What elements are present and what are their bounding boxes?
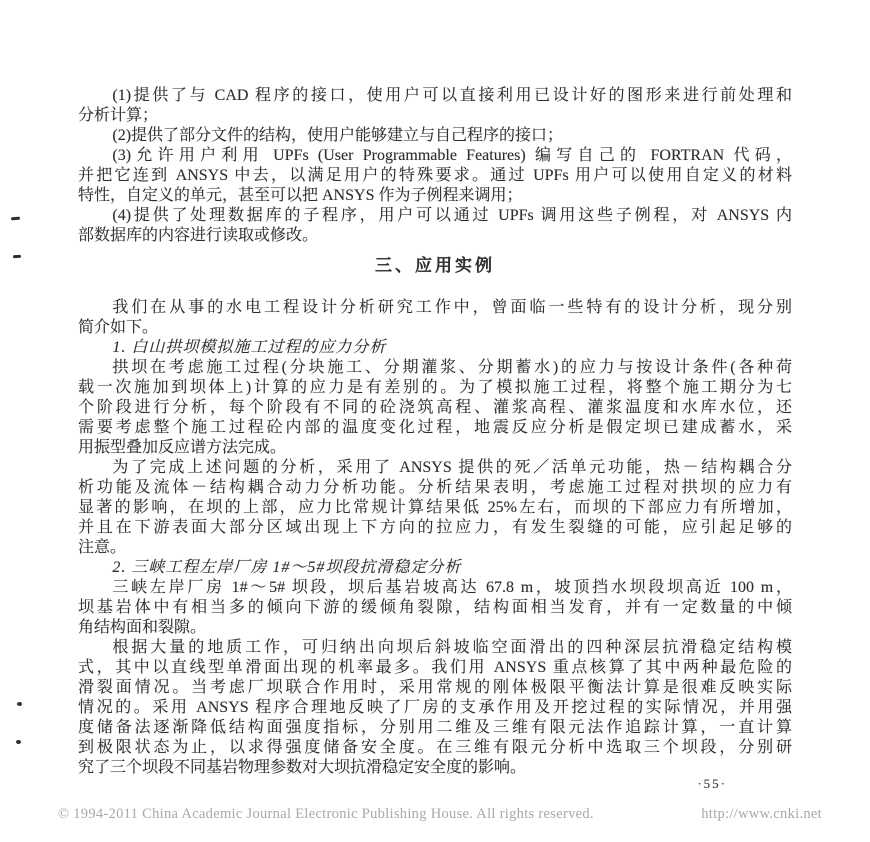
text-line: 究了三个坝段不同基岩物理参数对大坝抗滑稳定安全度的影响。 xyxy=(78,758,792,778)
text-line: (4)提供了处理数据库的子程序，用户可以通过 UPFs 调用这些子例程，对 AN… xyxy=(78,206,792,226)
copyright-notice: © 1994-2011 China Academic Journal Elect… xyxy=(58,806,594,823)
text-line: 滑裂面情况。当考虑厂坝联合作用时，采用常规的刚体极限平衡法计算是很难反映实际 xyxy=(78,678,792,698)
text-line: 我们在从事的水电工程设计分析研究工作中，曾面临一些特有的设计分析，现分别 xyxy=(78,298,792,318)
page-number: ·55· xyxy=(697,776,727,792)
text-line: 根据大量的地质工作，可归纳出向坝后斜坡临空面滑出的四种深层抗滑稳定结构模 xyxy=(78,638,792,658)
text-line: 坝基岩体中有相当多的倾向下游的缓倾角裂隙，结构面相当发育，并有一定数量的中倾 xyxy=(78,598,792,618)
page-footer: © 1994-2011 China Academic Journal Elect… xyxy=(58,806,822,823)
text-line: 并把它连到 ANSYS 中去，以满足用户的特殊要求。通过 UPFs 用户可以使用… xyxy=(78,166,792,186)
text-line: 显著的影响，在坝的上部，应力比常规计算结果低 25%左右，而坝的下部应力有所增加… xyxy=(78,498,792,518)
text-line: (2)提供了部分文件的结构，使用户能够建立与自己程序的接口； xyxy=(78,126,792,146)
cnki-url: http://www.cnki.net xyxy=(701,806,822,823)
text-line: 情况的。采用 ANSYS 程序合理地反映了厂房的支承作用及开挖过程的实际情况，并… xyxy=(78,698,792,718)
text-line: (3)允许用户利用 UPFs (User Programmable Featur… xyxy=(78,146,792,166)
scan-artifact xyxy=(16,740,21,744)
text-line: 并且在下游表面大部分区域出现上下方向的拉应力，有发生裂缝的可能，应引起足够的 xyxy=(78,518,792,538)
text-line: 用振型叠加反应谱方法完成。 xyxy=(78,438,792,458)
subsection-heading: 1. 白山拱坝模拟施工过程的应力分析 xyxy=(78,338,792,358)
text-line: 拱坝在考虑施工过程(分块施工、分期灌浆、分期蓄水)的应力与按设计条件(各种荷 xyxy=(78,358,792,378)
scan-artifact xyxy=(13,255,21,258)
text-line: 度储备法逐渐降低结构面强度指标，分别用二维及三维有限元法作追踪计算，一直计算 xyxy=(78,718,792,738)
text-line: 简介如下。 xyxy=(78,318,792,338)
section-heading: 三、应用实例 xyxy=(78,256,792,276)
subsection-heading: 2. 三峡工程左岸厂房 1#～5#坝段抗滑稳定分析 xyxy=(78,558,792,578)
scan-artifact xyxy=(17,702,22,706)
scanned-paper-page: (1)提供了与 CAD 程序的接口，使用户可以直接利用已设计好的图形来进行前处理… xyxy=(0,0,870,842)
text-line: 到极限状态为止，以求得强度储备安全度。在三维有限元分析中选取三个坝段，分别研 xyxy=(78,738,792,758)
document-body: (1)提供了与 CAD 程序的接口，使用户可以直接利用已设计好的图形来进行前处理… xyxy=(78,86,792,778)
text-line: 注意。 xyxy=(78,538,792,558)
text-line: 特性，自定义的单元，甚至可以把 ANSYS 作为子例程来调用； xyxy=(78,186,792,206)
text-line: 角结构面和裂隙。 xyxy=(78,618,792,638)
text-line: 分析计算； xyxy=(78,106,792,126)
text-line: 部数据库的内容进行读取或修改。 xyxy=(78,226,792,246)
text-line: 需要考虑整个施工过程砼内部的温度变化过程，地震反应分析是假定坝已建成蓄水，采 xyxy=(78,418,792,438)
text-line: 式，其中以直线型单滑面出现的机率最多。我们用 ANSYS 重点核算了其中两种最危… xyxy=(78,658,792,678)
text-line: 载一次施加到坝体上)计算的应力是有差别的。为了模拟施工过程，将整个施工期分为七 xyxy=(78,378,792,398)
text-line: 析功能及流体－结构耦合动力分析功能。分析结果表明，考虑施工过程对拱坝的应力有 xyxy=(78,478,792,498)
text-line: 个阶段进行分析，每个阶段有不同的砼浇筑高程、灌浆高程、灌浆温度和水库水位，还 xyxy=(78,398,792,418)
scan-artifact xyxy=(11,217,20,221)
text-line: 三峡左岸厂房 1#～5# 坝段，坝后基岩坡高达 67.8 m，坡顶挡水坝段坝高近… xyxy=(78,578,792,598)
text-line: (1)提供了与 CAD 程序的接口，使用户可以直接利用已设计好的图形来进行前处理… xyxy=(78,86,792,106)
text-line: 为了完成上述问题的分析，采用了 ANSYS 提供的死／活单元功能，热－结构耦合分 xyxy=(78,458,792,478)
